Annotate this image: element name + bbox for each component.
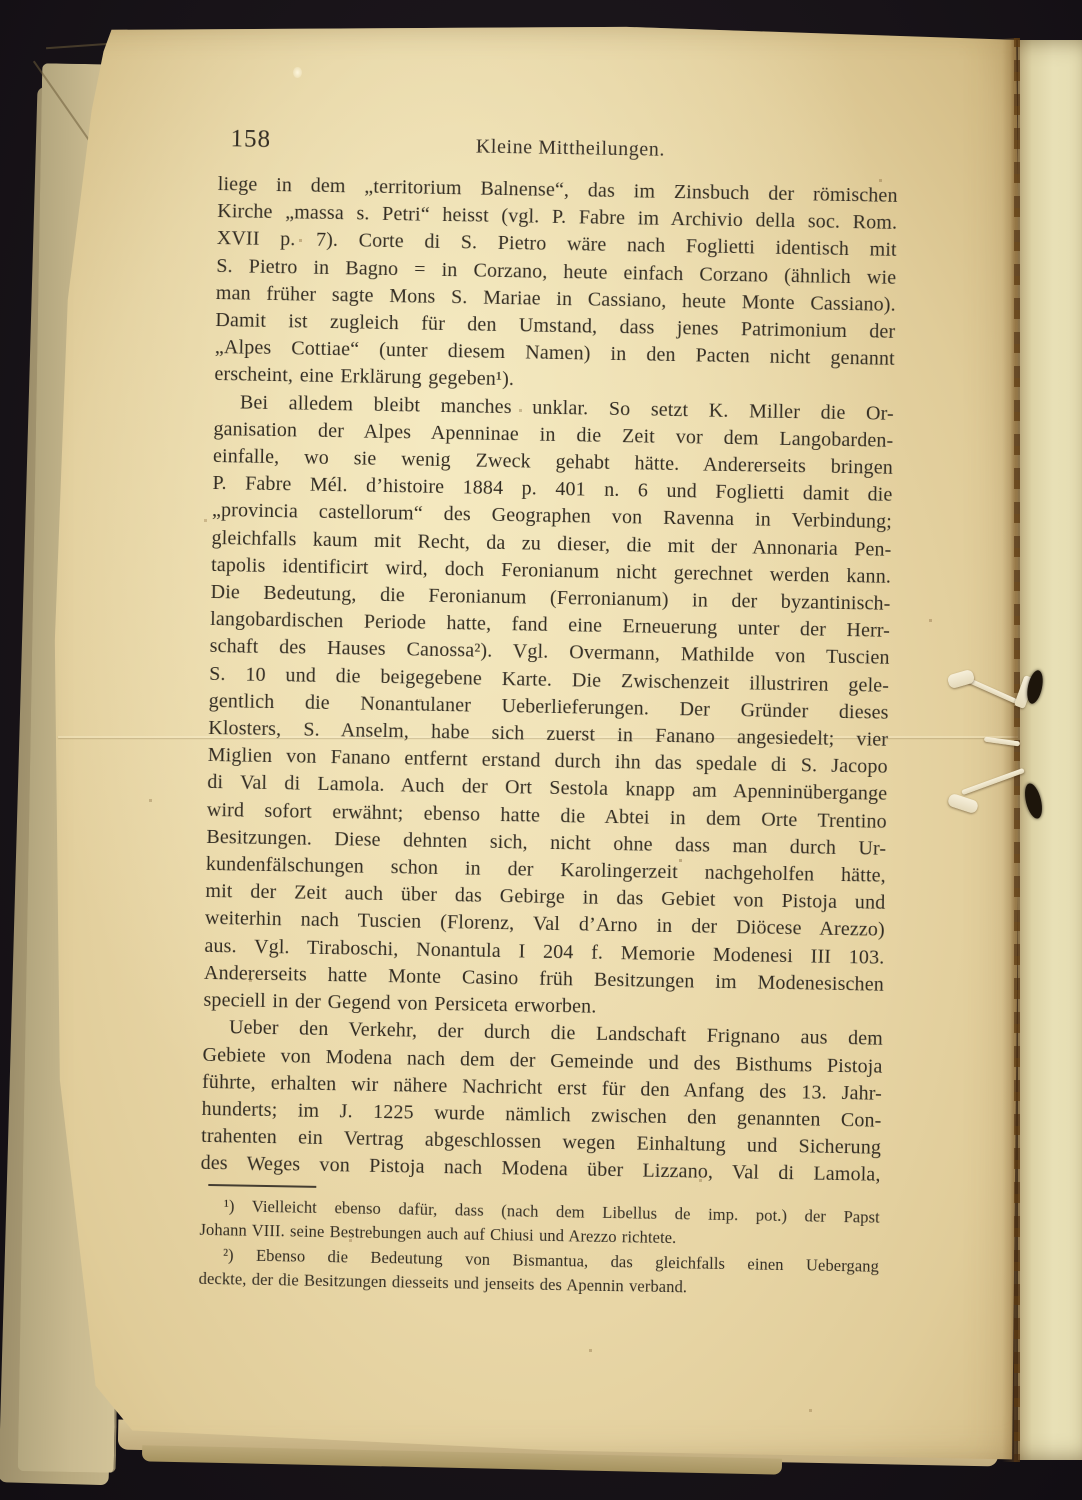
facing-page-edge: [1018, 40, 1082, 1460]
paper-speck-layer: [0, 0, 1, 1]
dog-ear-crease: [46, 43, 110, 49]
printed-content: 158 Kleine Mittheilungen. liege in dem „…: [200, 171, 897, 1189]
footnotes: ¹) Vielleicht ebenso dafür, dass (nach d…: [198, 1194, 880, 1303]
paper-blemish: [293, 67, 302, 78]
gutter-worn-edge: [1014, 38, 1020, 1462]
scanned-book-spread: 158 Kleine Mittheilungen. liege in dem „…: [0, 0, 1082, 1500]
